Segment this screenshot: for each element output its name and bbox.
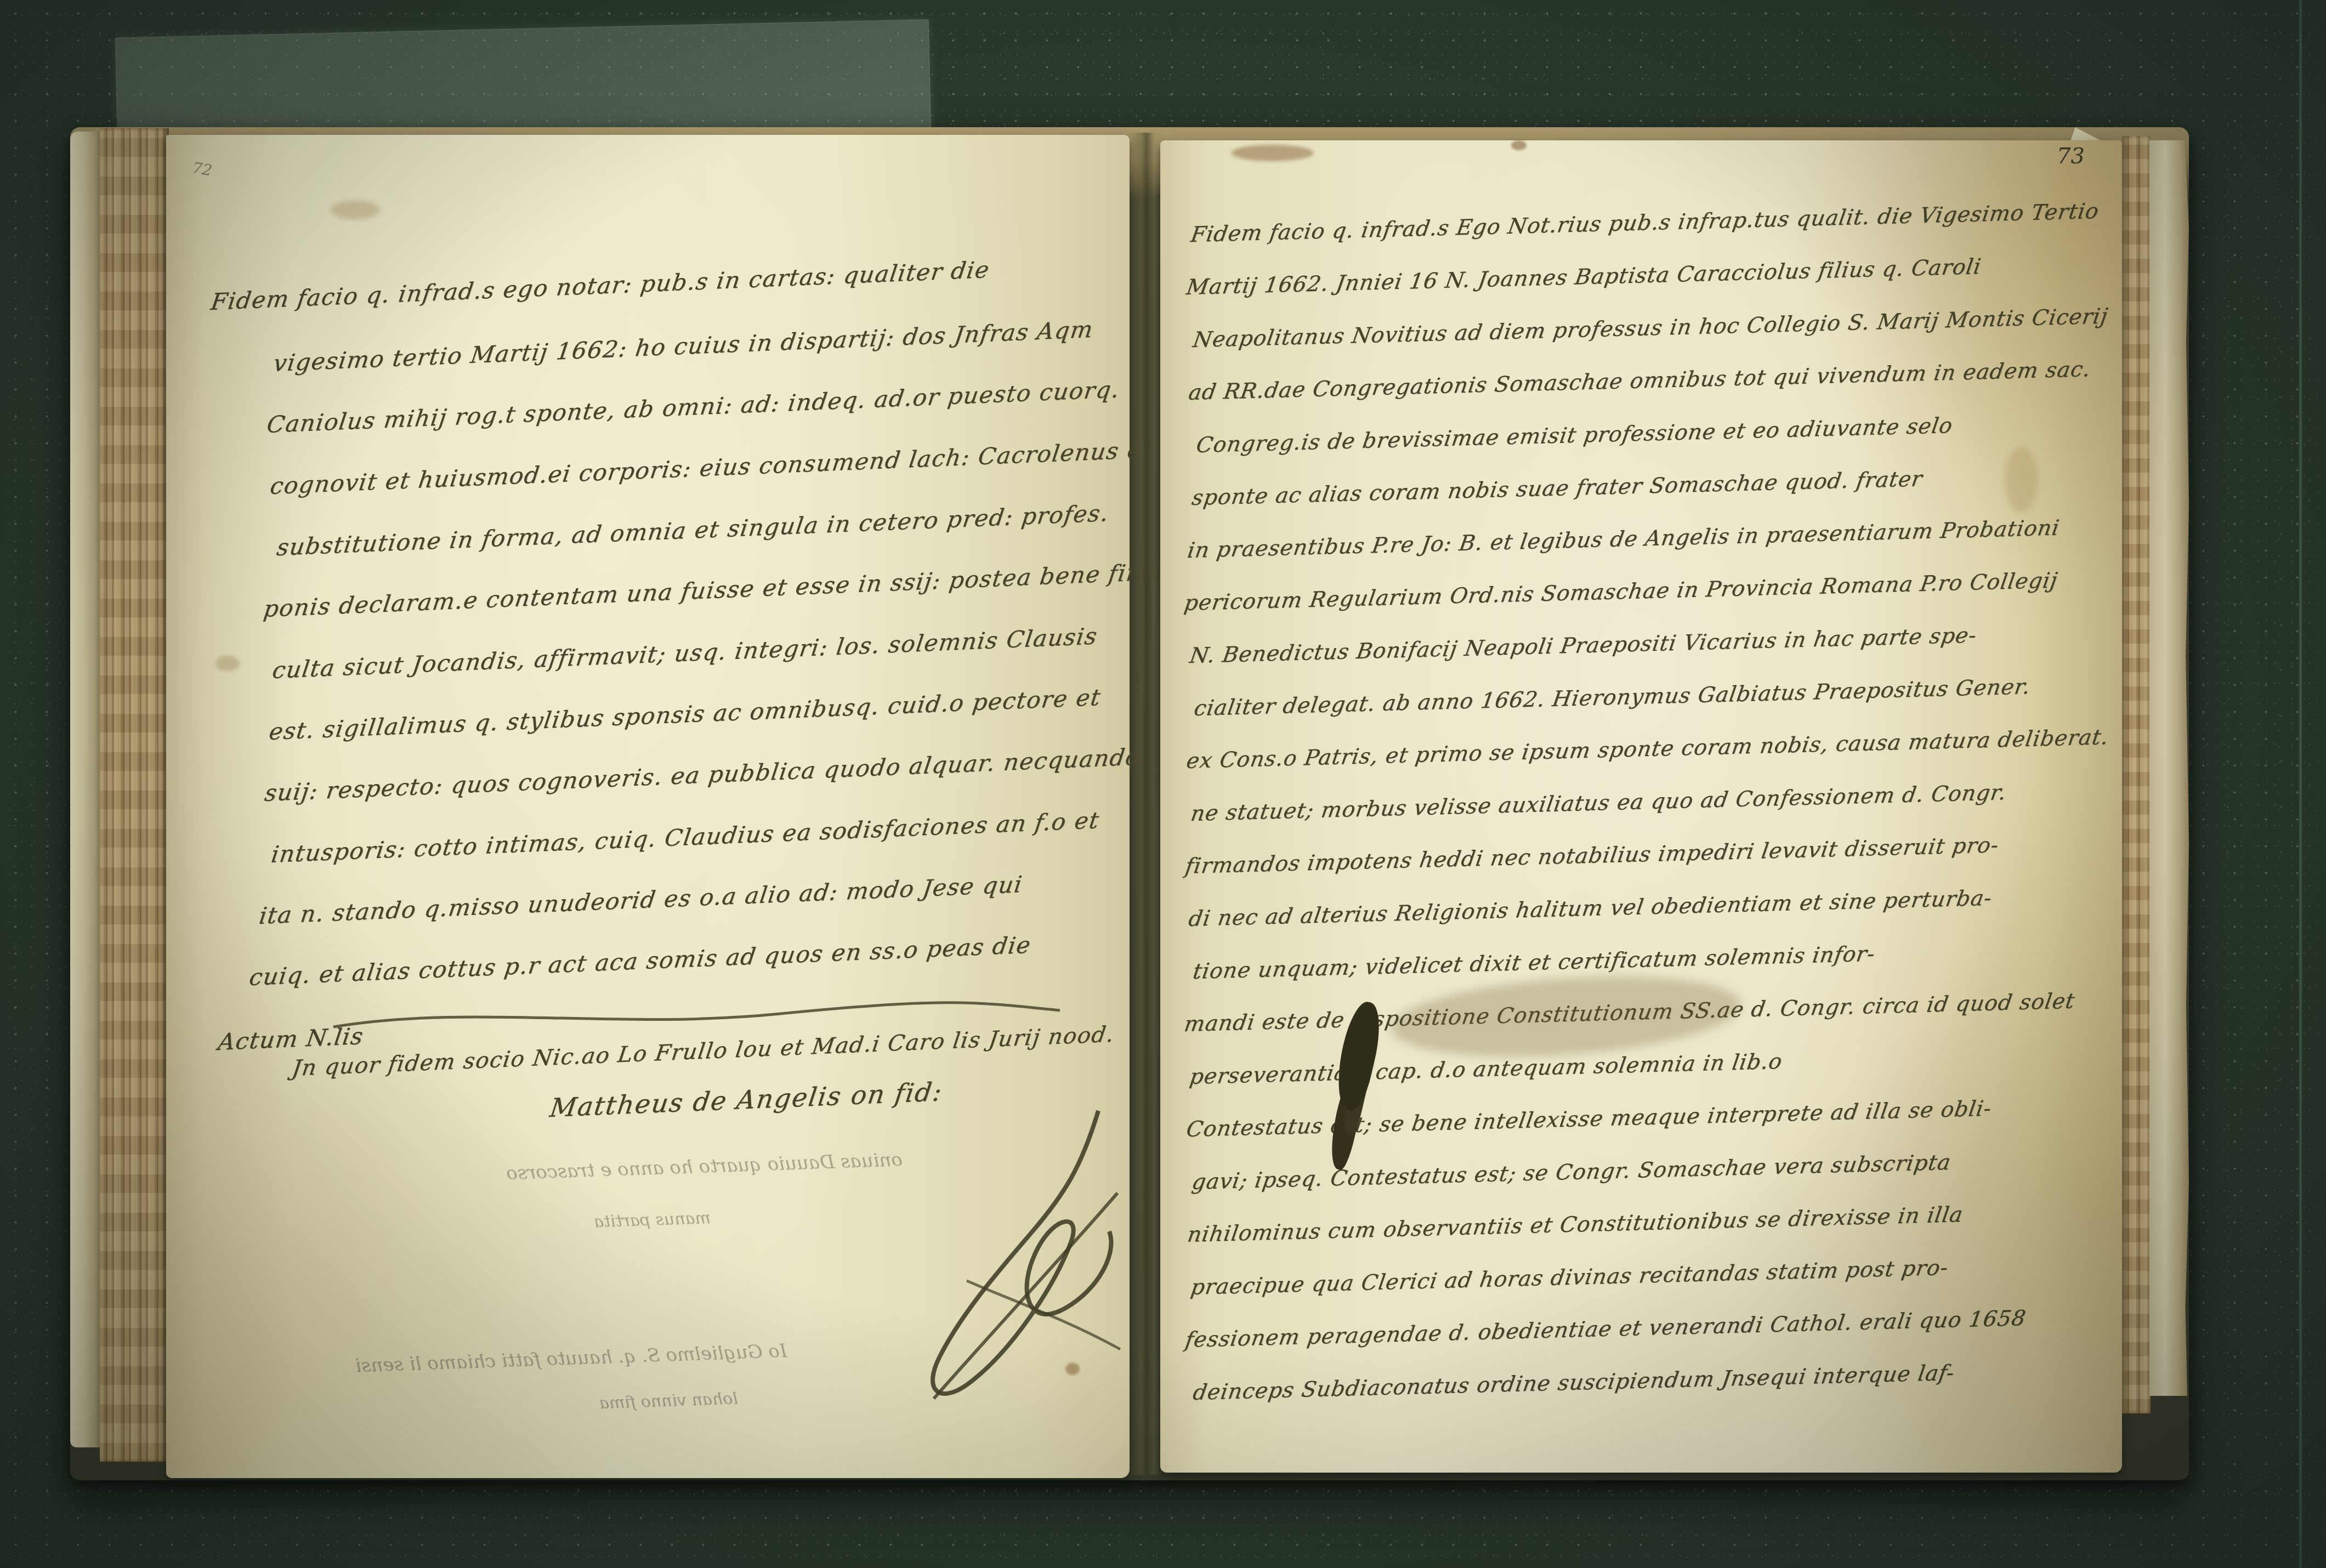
show-through-line: manus partita (593, 1208, 711, 1231)
manuscript-line: sponte ac alias coram nobis suae frater … (1190, 467, 1925, 510)
left-page-stack-fore-edge (100, 128, 169, 1462)
manuscript-line: fessionem peragendae d. obedientiae et v… (1184, 1306, 2028, 1353)
left-cover-edge (70, 132, 101, 1447)
manuscript-line: cuiq. et alias cottus p.r act aca somis … (248, 931, 1033, 991)
manuscript-line: Caniolus mihij rog.t sponte, ab omni: ad… (265, 376, 1122, 438)
manuscript-line: ex Cons.o Patris, et primo se ipsum spon… (1185, 725, 2111, 774)
page-number-left: 72 (191, 158, 213, 180)
manuscript-line: Fidem facio q. infrad.s ego notar: pub.s… (209, 256, 991, 315)
manuscript-line: in praesentibus P.re Jo: B. et legibus d… (1186, 516, 2062, 563)
manuscript-line: ne statuet; morbus velisse auxiliatus ea… (1189, 780, 2009, 826)
right-cover-edge (2149, 140, 2189, 1396)
manuscript-line: gavi; ipseq. Contestatus est; se Congr. … (1190, 1150, 1953, 1195)
manuscript-line: Martij 1662. Jnniei 16 N. Joannes Baptis… (1185, 254, 1983, 300)
manuscript-line: intusporis: cotto intimas, cuiq. Claudiu… (270, 806, 1101, 868)
manuscript-line: pericorum Regularium Ord.nis Somaschae i… (1183, 569, 2060, 616)
left-page: 72 Fidem facio q. infrad.s ego notar: pu… (166, 135, 1130, 1478)
open-manuscript-book: 72 Fidem facio q. infrad.s ego notar: pu… (70, 127, 2189, 1480)
manuscript-line: cognovit et huiusmod.ei corporis: eius c… (269, 436, 1154, 499)
stain (1511, 140, 1527, 150)
stain (1232, 145, 1314, 161)
closing-line: Actum N.lis (217, 1022, 366, 1055)
manuscript-line: substitutione in forma, ad omnia et sing… (275, 499, 1111, 561)
manuscript-line: N. Benedictus Bonifacij Neapoli Praeposi… (1188, 623, 1978, 668)
notary-signature: Mattheus de Angelis on fid: (548, 1077, 944, 1123)
manuscript-line: di nec ad alterius Religionis halitum ve… (1187, 886, 1994, 931)
manuscript-line: Fidem facio q. infrad.s Ego Not.rius pub… (1189, 199, 2101, 247)
background-seam-line (2299, 0, 2302, 1568)
manuscript-line: deinceps Subdiaconatus ordine suscipiend… (1192, 1361, 1956, 1405)
show-through-line: oniuas Dauuio quarto ho anno e trascorso (506, 1149, 903, 1184)
right-page-stack-fore-edge (2122, 136, 2151, 1413)
notary-paraph-flourish (901, 1100, 1131, 1418)
stain (2005, 447, 2038, 513)
manuscript-line: Congreg.is de brevissimae emisit profess… (1195, 413, 1955, 458)
manuscript-line: nihilominus cum observantiis et Constitu… (1186, 1202, 1965, 1247)
right-page: 73 Fidem facio q. infrad.s Ego Not.rius … (1160, 140, 2122, 1473)
manuscript-line: ad RR.dae Congregationis Somaschae omnib… (1187, 357, 2092, 405)
manuscript-line: vigesimo tertio Martij 1662: ho cuius in… (272, 316, 1095, 377)
stain (1065, 1363, 1080, 1375)
show-through-line: Io Guglielmo S. q. hauuto fatti chiamo l… (355, 1340, 787, 1377)
page-number-right: 73 (2057, 144, 2085, 169)
manuscript-line: tione unquam; videlicet dixit et certifi… (1192, 942, 1877, 984)
gutter-shadow (1128, 133, 1161, 1475)
show-through-line: lohan vinno fima (599, 1389, 738, 1413)
manuscript-line: Contestatus est; se bene intellexisse me… (1185, 1097, 1994, 1142)
manuscript-line: suij: respecto: quos cognoveris. ea pubb… (263, 743, 1142, 806)
manuscript-line: ponis declaram.e contentam una fuisse et… (262, 556, 1209, 622)
stain (331, 201, 380, 219)
manuscript-line: ita n. stando q.misso unudeorid es o.a a… (258, 871, 1024, 929)
manuscript-line: est. sigillalimus q. stylibus sponsis ac… (268, 684, 1103, 745)
manuscript-line: praecipue qua Clerici ad horas divinas r… (1189, 1255, 1950, 1300)
manuscript-line: firmandos impotens heddi nec notabilius … (1184, 833, 2001, 879)
manuscript-line: Neapolitanus Novitius ad diem professus … (1192, 304, 2110, 353)
stain (215, 656, 240, 671)
manuscript-line: culta sicut Jocandis, affirmavit; usq. i… (271, 622, 1099, 684)
manuscript-line: cialiter delegat. ab anno 1662. Hieronym… (1193, 674, 2033, 721)
photo-dark-felt-background: { "scene": { "description": "Photograph … (0, 0, 2326, 1568)
